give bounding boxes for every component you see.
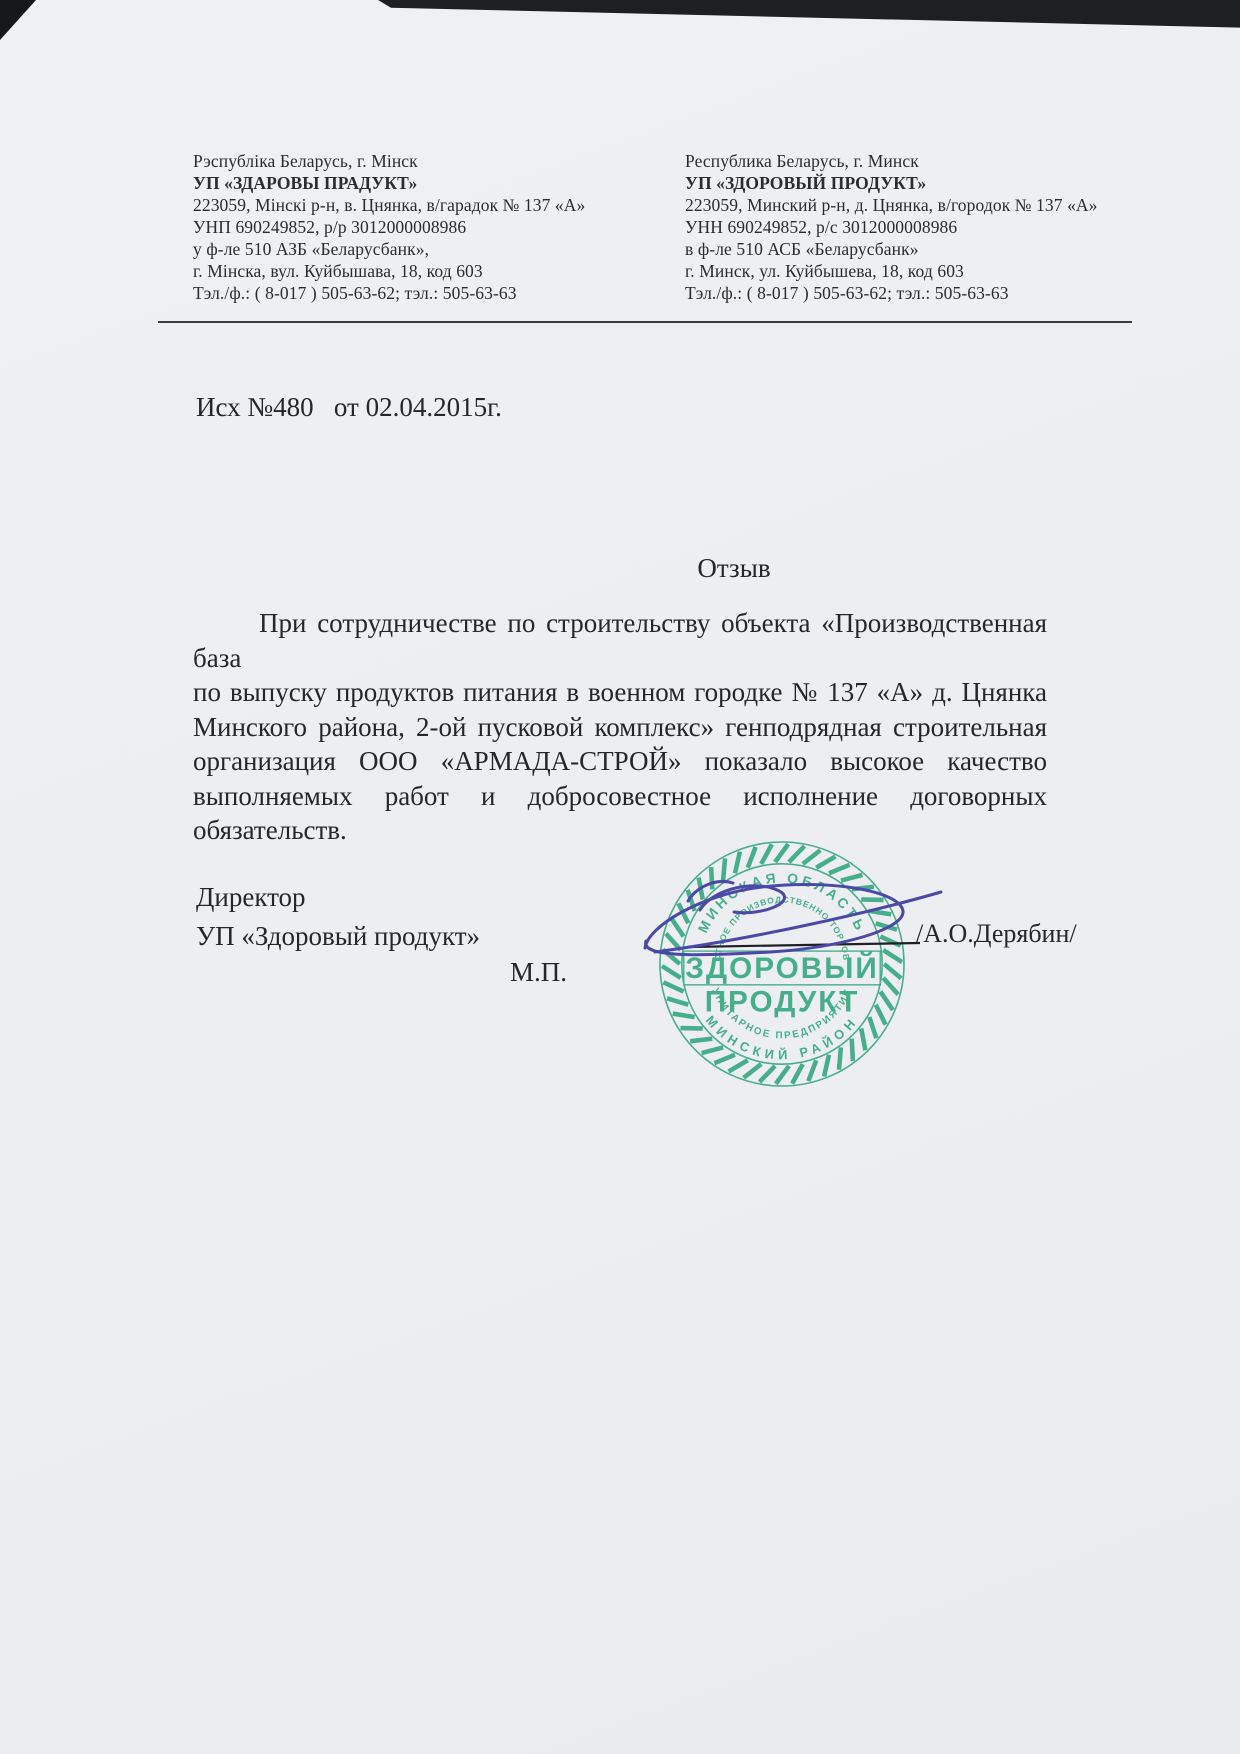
letterhead-line: Республика Беларусь, г. Минск [685,150,1155,172]
signer-role: Директор [196,882,306,913]
letterhead-right: Республика Беларусь, г. Минск УП «ЗДОРОВ… [685,150,1155,304]
scan-artifact-corner [0,0,36,40]
signature-underline [688,943,920,947]
letterhead-company-name: УП «ЗДАРОВЫ ПРАДУКТ» [193,172,663,194]
seal-place-mark: М.П. [510,957,567,988]
letterhead-line: в ф-ле 510 АСБ «Беларусбанк» [685,238,1155,260]
letterhead-line: г. Мінска, вул. Куйбышава, 18, код 603 [193,260,663,282]
body-line: по выпуску продуктов питания в военном г… [193,675,1047,710]
letterhead-left: Рэспубліка Беларусь, г. Мінск УП «ЗДАРОВ… [193,150,663,304]
body-line: Минского района, 2-ой пусковой комплекс»… [193,710,1047,745]
scan-artifact-top-edge [378,0,1240,30]
handwritten-signature [600,840,1010,990]
body-line: выполняемых работ и добросовестное испол… [193,779,1047,848]
letterhead-line: у ф-ле 510 АЗБ «Беларусбанк», [193,238,663,260]
letterhead-line: 223059, Мінскі р-н, в. Цнянка, в/гарадок… [193,194,663,216]
letterhead-line: Тэл./ф.: ( 8-017 ) 505-63-62; тэл.: 505-… [685,282,1155,304]
letterhead-line: Рэспубліка Беларусь, г. Мінск [193,150,663,172]
letterhead-line: УНН 690249852, р/с 3012000008986 [685,216,1155,238]
letterhead-divider-rule [158,321,1132,323]
body-line: При сотрудничестве по строительству объе… [193,606,1047,675]
body-line: организация ООО «АРМАДА-СТРОЙ» показало … [193,744,1047,779]
letterhead-line: УНП 690249852, р/р 3012000008986 [193,216,663,238]
document-title: Отзыв [193,553,1161,584]
letterhead-line: Тэл./ф.: ( 8-017 ) 505-63-62; тэл.: 505-… [193,282,663,304]
document-page: Рэспубліка Беларусь, г. Мінск УП «ЗДАРОВ… [0,0,1240,1754]
letterhead-line: 223059, Минский р-н, д. Цнянка, в/городо… [685,194,1155,216]
letterhead-company-name: УП «ЗДОРОВЫЙ ПРОДУКТ» [685,172,1155,194]
letterhead-line: г. Минск, ул. Куйбышева, 18, код 603 [685,260,1155,282]
signer-organization: УП «Здоровый продукт» [196,921,480,952]
body-paragraph: При сотрудничестве по строительству объе… [193,606,1047,848]
outgoing-reference-line: Исх №480 от 02.04.2015г. [196,392,502,423]
